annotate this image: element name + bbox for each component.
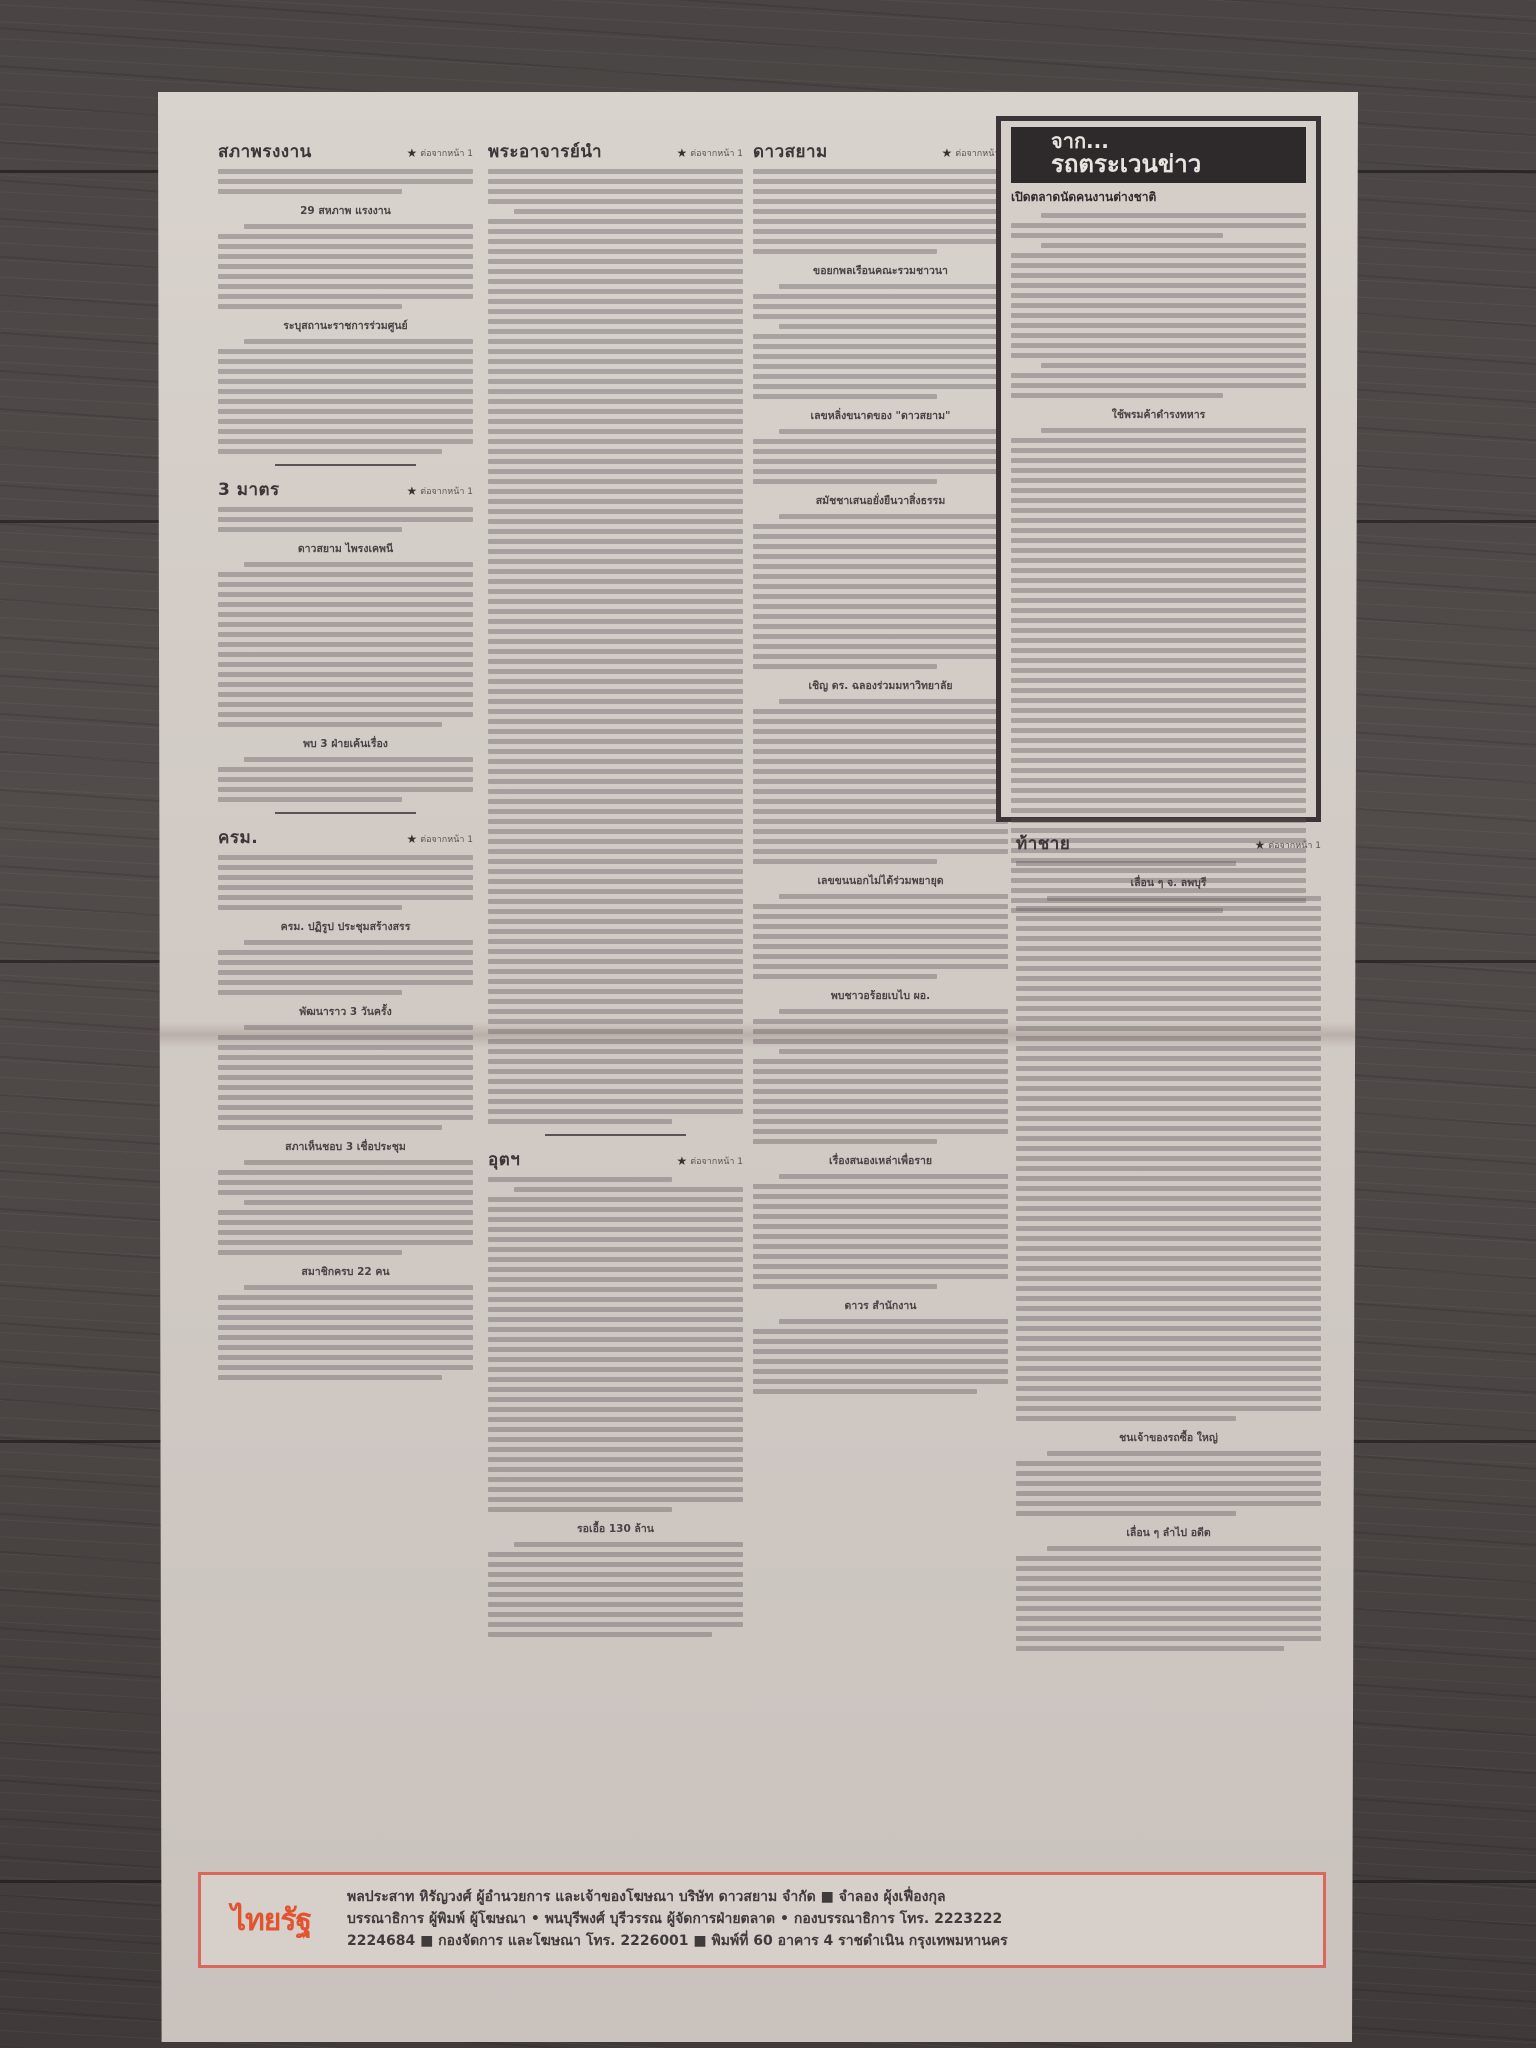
body-text bbox=[1011, 213, 1306, 398]
imprint-line: พลประสาท หิรัญวงศ์ ผู้อำนวยการ และเจ้าขอ… bbox=[347, 1887, 1008, 1909]
footer-masthead: ไทยรัฐ พลประสาท หิรัญวงศ์ ผู้อำนวยการ แล… bbox=[198, 1872, 1326, 1968]
subhead: รอเอื้อ 130 ล้าน bbox=[488, 1520, 743, 1537]
subhead: ขอยกพลเรือนคณะรวมชาวนา bbox=[753, 262, 1008, 279]
section-title: พระอาจารย์นำ bbox=[488, 138, 602, 165]
body-text bbox=[753, 1319, 1008, 1394]
body-text bbox=[1016, 1546, 1321, 1651]
body-text bbox=[753, 894, 1008, 979]
section-title: ครม. bbox=[218, 824, 258, 851]
section-header: พระอาจารย์นำ ★ต่อจากหน้า 1 bbox=[488, 138, 743, 165]
body-text bbox=[753, 284, 1008, 399]
imprint-text: พลประสาท หิรัญวงศ์ ผู้อำนวยการ และเจ้าขอ… bbox=[347, 1887, 1008, 1952]
newspaper-page: สภาพรงงาน ★ต่อจากหน้า 1 29 สหภาพ แรงงาน … bbox=[158, 92, 1358, 2042]
body-text bbox=[488, 1542, 743, 1637]
subhead: สมาชิกครบ 22 คน bbox=[218, 1263, 473, 1280]
body-text bbox=[1016, 1451, 1321, 1516]
body-text bbox=[218, 1025, 473, 1130]
continued-ref: ★ต่อจากหน้า 1 bbox=[676, 1154, 743, 1168]
body-text bbox=[1016, 896, 1321, 1421]
body-text bbox=[753, 1009, 1008, 1144]
star-icon: ★ bbox=[676, 1154, 687, 1168]
body-text bbox=[753, 429, 1008, 484]
continued-ref: ★ต่อจากหน้า 1 bbox=[676, 146, 743, 160]
subhead: เรื่องสนองเหล่าเพื่อราย bbox=[753, 1152, 1008, 1169]
subhead: ระบุสถานะราชการร่วมศูนย์ bbox=[218, 317, 473, 334]
star-icon: ★ bbox=[406, 832, 417, 846]
body-text bbox=[218, 1285, 473, 1380]
body-text bbox=[753, 1174, 1008, 1289]
star-icon: ★ bbox=[406, 484, 417, 498]
continued-ref: ★ต่อจากหน้า 1 bbox=[406, 484, 473, 498]
section-title: 3 มาตร bbox=[218, 476, 280, 503]
column-4: ท้าชาย ★ต่อจากหน้า 1 เลื่อน ๆ จ. ลพบุรี … bbox=[1016, 824, 1321, 1657]
subhead: เลขหลิ่งขนาดของ "ดาวสยาม" bbox=[753, 407, 1008, 424]
imprint-line: บรรณาธิการ ผู้พิมพ์ ผู้โฆษณา • พนบุรีพงศ… bbox=[347, 1909, 1008, 1931]
divider bbox=[545, 1134, 685, 1136]
section-title: ดาวสยาม bbox=[753, 138, 828, 165]
section-title: ท้าชาย bbox=[1016, 830, 1070, 857]
feature-title-line1: จาก... bbox=[1051, 131, 1296, 152]
subhead: ดาวสยาม ไพรงเคพนี bbox=[218, 540, 473, 557]
star-icon: ★ bbox=[676, 146, 687, 160]
body-text bbox=[218, 169, 473, 194]
subhead: ดาวร สำนักงาน bbox=[753, 1297, 1008, 1314]
body-text bbox=[218, 1160, 473, 1255]
subhead: สมัชชาเสนอยั่งยืนวาสิ่งธรรม bbox=[753, 492, 1008, 509]
body-text bbox=[218, 507, 473, 532]
body-text bbox=[218, 339, 473, 454]
imprint-line: 2224684 ■ กองจัดการ และโฆษณา โทร. 222600… bbox=[347, 1931, 1008, 1953]
subhead: ครม. ปฏิรูป ประชุมสร้างสรร bbox=[218, 918, 473, 935]
continued-ref: ★ต่อจากหน้า 1 bbox=[406, 146, 473, 160]
body-text bbox=[753, 699, 1008, 864]
column-3: ดาวสยาม ★ต่อจากหน้า 1 ขอยกพลเรือนคณะรวมช… bbox=[753, 132, 1008, 1400]
subhead: ใช้พรมค้าดำรงทหาร bbox=[1011, 406, 1306, 423]
subhead: เลขขนนอกไม่ได้ร่วมพยายุด bbox=[753, 872, 1008, 889]
subhead: พบชาวอร้อยเบไบ ผอ. bbox=[753, 987, 1008, 1004]
subhead: พบ 3 ฝ่ายเค้นเรื่อง bbox=[218, 735, 473, 752]
section-header: ครม. ★ต่อจากหน้า 1 bbox=[218, 824, 473, 851]
subhead: สภาเห็นชอบ 3 เชื่อประชุม bbox=[218, 1138, 473, 1155]
section-header: 3 มาตร ★ต่อจากหน้า 1 bbox=[218, 476, 473, 503]
feature-banner: จาก... รถตระเวนข่าว bbox=[1011, 127, 1306, 183]
feature-subtitle: เปิดตลาดนัดคนงานต่างชาติ bbox=[1011, 188, 1306, 207]
subhead: ชนเจ้าของรถซื้อ ใหญ่ bbox=[1016, 1429, 1321, 1446]
subhead: เลื่อน ๆ จ. ลพบุรี bbox=[1016, 874, 1321, 891]
feature-box: จาก... รถตระเวนข่าว เปิดตลาดนัดคนงานต่าง… bbox=[996, 116, 1321, 822]
subhead: เชิญ ดร. ฉลองร่วมมหาวิทยาลัย bbox=[753, 677, 1008, 694]
body-text bbox=[753, 514, 1008, 669]
body-text bbox=[488, 169, 743, 1124]
body-text bbox=[218, 940, 473, 995]
star-icon: ★ bbox=[941, 146, 952, 160]
section-title: อุตฯ bbox=[488, 1146, 520, 1173]
section-header: อุตฯ ★ต่อจากหน้า 1 bbox=[488, 1146, 743, 1173]
body-text bbox=[1016, 861, 1321, 866]
body-text bbox=[488, 1177, 743, 1512]
column-2: พระอาจารย์นำ ★ต่อจากหน้า 1 อุตฯ ★ต่อจากห… bbox=[488, 132, 743, 1643]
body-text bbox=[218, 224, 473, 309]
body-text bbox=[753, 169, 1008, 254]
newspaper-logo: ไทยรัฐ bbox=[211, 1885, 331, 1955]
column-1: สภาพรงงาน ★ต่อจากหน้า 1 29 สหภาพ แรงงาน … bbox=[218, 132, 473, 1386]
body-text bbox=[218, 757, 473, 802]
continued-ref: ★ต่อจากหน้า 1 bbox=[1254, 838, 1321, 852]
continued-ref: ★ต่อจากหน้า 1 bbox=[406, 832, 473, 846]
subhead: พัฒนาราว 3 วันครั้ง bbox=[218, 1003, 473, 1020]
body-text bbox=[218, 855, 473, 910]
section-title: สภาพรงงาน bbox=[218, 138, 312, 165]
body-text bbox=[218, 562, 473, 727]
star-icon: ★ bbox=[1254, 838, 1265, 852]
section-header: สภาพรงงาน ★ต่อจากหน้า 1 bbox=[218, 138, 473, 165]
subhead: 29 สหภาพ แรงงาน bbox=[218, 202, 473, 219]
subhead: เลื่อน ๆ ลำไป อดีต bbox=[1016, 1524, 1321, 1541]
section-header: ท้าชาย ★ต่อจากหน้า 1 bbox=[1016, 830, 1321, 857]
divider bbox=[275, 464, 415, 466]
divider bbox=[275, 812, 415, 814]
section-header: ดาวสยาม ★ต่อจากหน้า 1 bbox=[753, 138, 1008, 165]
star-icon: ★ bbox=[406, 146, 417, 160]
feature-title-line2: รถตระเวนข่าว bbox=[1051, 152, 1296, 177]
